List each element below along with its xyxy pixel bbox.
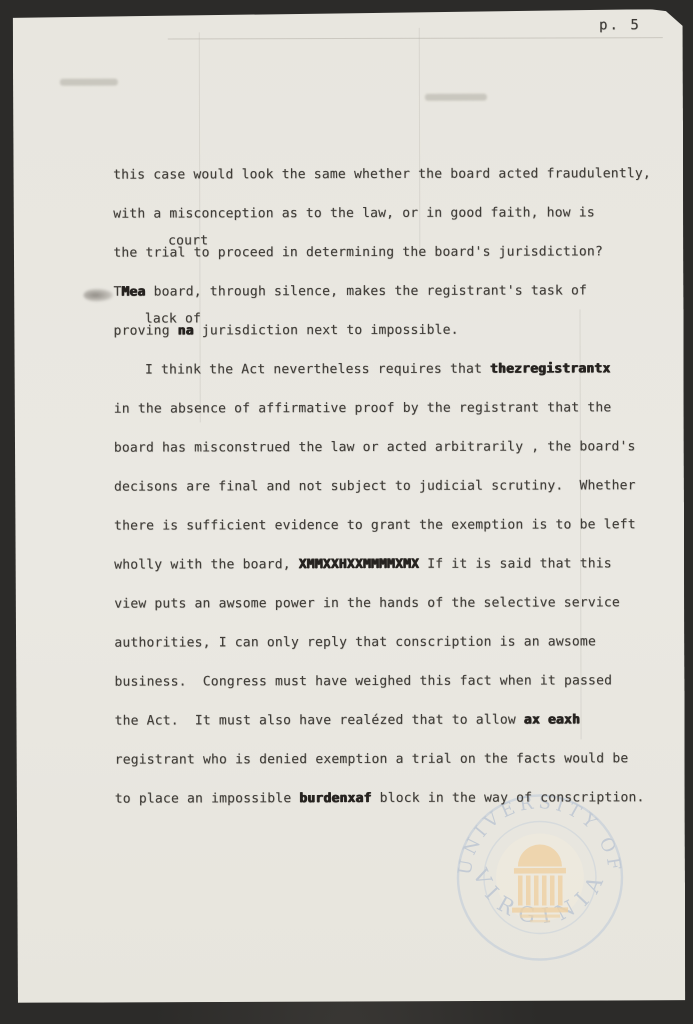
text-run: jurisdiction next to impossible.	[194, 323, 459, 339]
bleed-through-mark	[60, 79, 118, 86]
text-run: T	[113, 285, 121, 300]
overstruck-text: ax eaxh	[524, 712, 580, 727]
typed-line: registrant who is denied exemption a tri…	[115, 752, 657, 766]
typed-line: authorities, I can only reply that consc…	[114, 635, 656, 649]
text-run: board, through silence, makes the regist…	[146, 283, 588, 299]
photograph-background: UNIVERSITY OF VIRGINIA p. 5	[0, 0, 693, 1024]
text-run: board has misconstrued the law or acted …	[114, 439, 636, 455]
typed-line: the Act. It must also have realézed that…	[115, 713, 657, 727]
typed-line: with a misconception as to the law, or i…	[113, 206, 655, 220]
text-run: proving	[114, 323, 178, 338]
typed-line: the trial to proceed in determining the …	[113, 245, 655, 259]
text-run: I think the Act nevertheless requires th…	[145, 362, 490, 378]
text-run: authorities, I can only reply that consc…	[114, 634, 596, 650]
typed-line: TMea board, through silence, makes the r…	[113, 284, 655, 298]
typed-line: decisons are final and not subject to ju…	[114, 479, 656, 493]
typed-text-block: this case would look the same whether th…	[113, 9, 658, 1002]
typed-line: wholly with the board, XMMXXHXXMMMMXMX I…	[114, 557, 656, 571]
text-run: to place an impossible	[115, 791, 300, 806]
text-run: there is sufficient evidence to grant th…	[114, 517, 636, 533]
typed-line: proving na jurisdiction next to impossib…	[114, 323, 656, 337]
typed-line: in the absence of affirmative proof by t…	[114, 401, 656, 415]
typed-line: business. Congress must have weighed thi…	[114, 674, 656, 688]
typed-line: to place an impossible burdenxaf block i…	[115, 791, 657, 805]
text-run: business. Congress must have weighed thi…	[114, 673, 612, 689]
text-run: view puts an awsome power in the hands o…	[114, 595, 620, 611]
typed-line: board has misconstrued the law or acted …	[114, 440, 656, 454]
text-run: decisons are final and not subject to ju…	[114, 478, 636, 494]
typed-line: this case would look the same whether th…	[113, 167, 655, 181]
overstruck-text: thezregistrantx	[490, 361, 610, 376]
overstruck-text: na	[178, 323, 194, 338]
text-run: this case would look the same whether th…	[113, 166, 651, 182]
overstruck-text: XMMXXHXXMMMMXMX	[299, 557, 419, 572]
text-run: If it is said that this	[419, 556, 612, 572]
text-run: in the absence of affirmative proof by t…	[114, 400, 612, 416]
typed-line: I think the Act nevertheless requires th…	[114, 362, 656, 376]
text-run: registrant who is denied exemption a tri…	[115, 751, 629, 767]
overstruck-text: Mea	[121, 285, 145, 300]
typed-line: there is sufficient evidence to grant th…	[114, 518, 656, 532]
text-run: wholly with the board,	[114, 557, 299, 572]
text-run: block in the way of conscription.	[372, 790, 645, 806]
typed-line: view puts an awsome power in the hands o…	[114, 596, 656, 610]
text-run: the Act. It must also have realézed that…	[115, 713, 524, 729]
ink-smudge	[83, 289, 113, 302]
text-run: with a misconception as to the law, or i…	[113, 205, 595, 221]
text-run: the trial to proceed in determining the …	[113, 244, 603, 260]
overstruck-text: burdenxaf	[299, 791, 371, 806]
document-page: UNIVERSITY OF VIRGINIA p. 5	[13, 9, 686, 1003]
